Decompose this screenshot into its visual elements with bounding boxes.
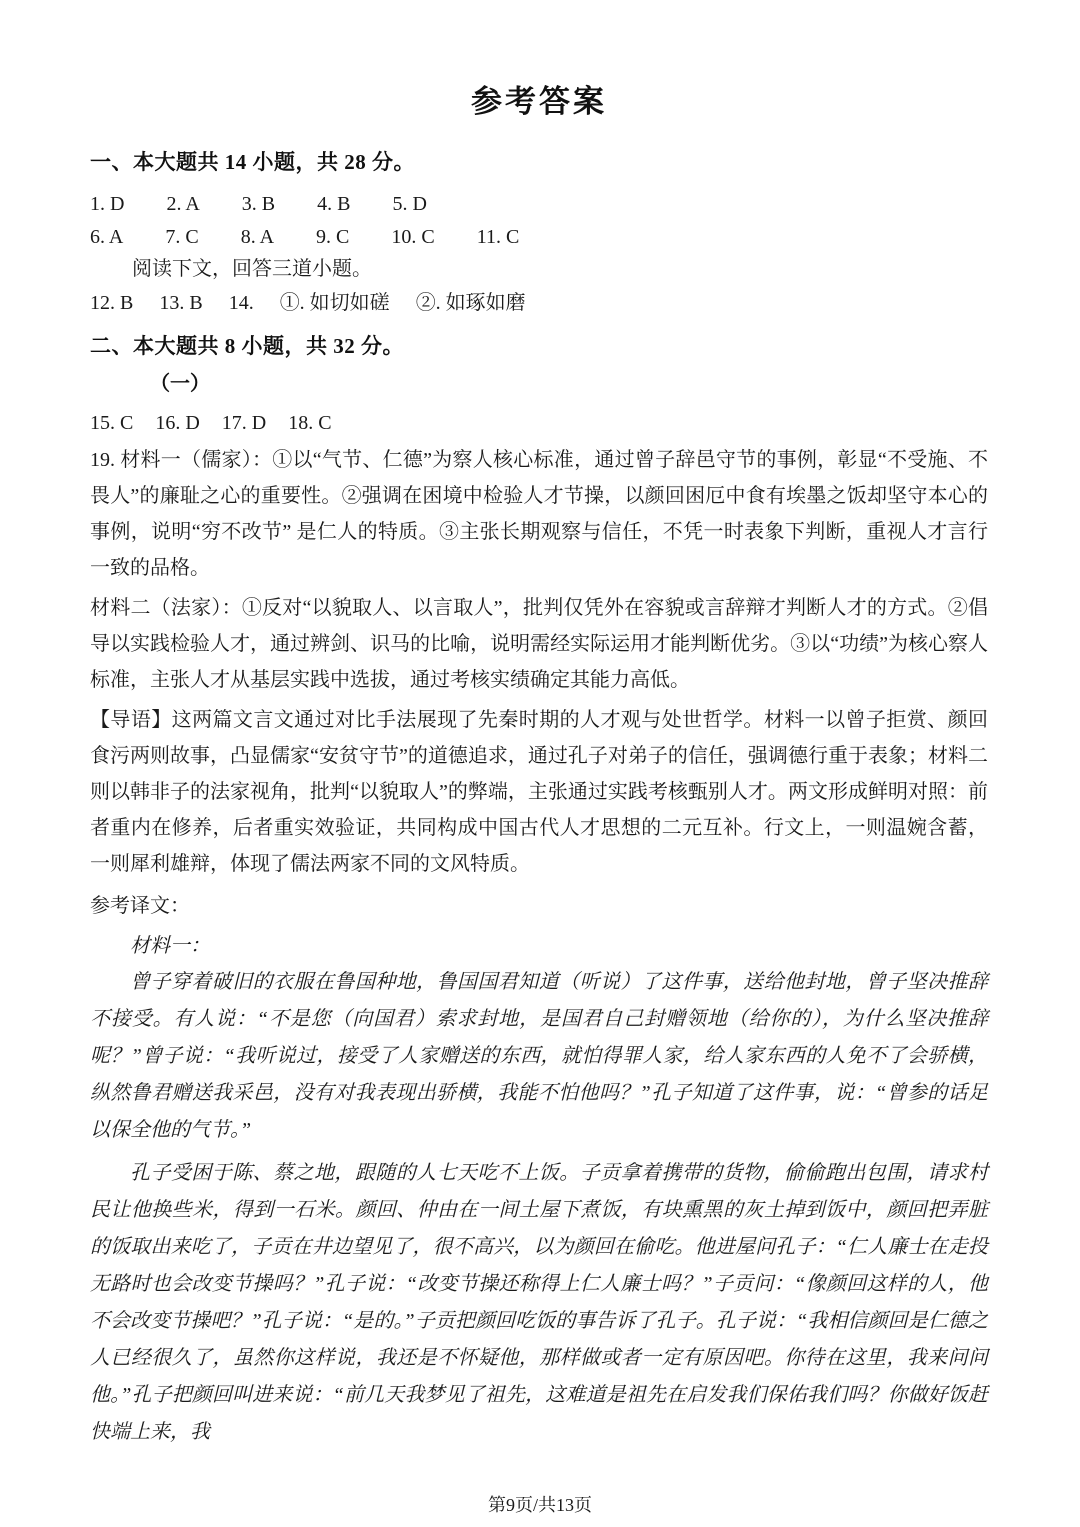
answer-q12: 12. B xyxy=(90,292,133,314)
translation-heading: 参考译文： xyxy=(90,888,988,924)
reading-instruction: 阅读下文，回答三道小题。 xyxy=(90,258,988,280)
section-two-heading: 二、本大题共 8 小题，共 32 分。 xyxy=(90,331,988,361)
answers-row-12-14: 12. B 13. B 14. ①. 如切如磋 ②. 如琢如磨 xyxy=(90,292,988,314)
answer-q13: 13. B xyxy=(159,292,202,314)
answer-q10: 10. C xyxy=(391,226,434,248)
answer-q1: 1. D xyxy=(90,193,124,215)
answer-q14-part2: ②. 如琢如磨 xyxy=(416,292,526,314)
section-one-heading: 一、本大题共 14 小题，共 28 分。 xyxy=(90,147,988,177)
answers-row-1-5: 1. D 2. A 3. B 4. B 5. D xyxy=(90,193,988,215)
answer-q14-part1: ①. 如切如磋 xyxy=(280,292,390,314)
translation-paragraph-1: 曾子穿着破旧的衣服在鲁国种地，鲁国国君知道（听说）了这件事，送给他封地，曾子坚决… xyxy=(90,964,988,1149)
answer-q19-material2: 材料二（法家）：①反对“以貌取人、以言取人”，批判仅凭外在容貌或言辞辩才判断人才… xyxy=(90,590,988,698)
answers-row-6-11: 6. A 7. C 8. A 9. C 10. C 11. C xyxy=(90,226,988,248)
answer-q18: 18. C xyxy=(288,412,331,434)
answer-q16: 16. D xyxy=(155,412,199,434)
answer-q4: 4. B xyxy=(317,193,350,215)
answer-q14-label: 14. xyxy=(229,292,254,314)
answer-q11: 11. C xyxy=(477,226,520,248)
subsection-one-label: （一） xyxy=(90,373,988,395)
answer-q9: 9. C xyxy=(316,226,349,248)
answer-q15: 15. C xyxy=(90,412,133,434)
translation-paragraph-2: 孔子受困于陈、蔡之地，跟随的人七天吃不上饭。子贡拿着携带的货物，偷偷跑出包围，请… xyxy=(90,1155,988,1451)
answer-q19-material1: 19. 材料一（儒家）：①以“气节、仁德”为察人核心标准，通过曾子辞邑守节的事例… xyxy=(90,442,988,586)
answer-q5: 5. D xyxy=(392,193,426,215)
answer-q3: 3. B xyxy=(242,193,275,215)
page-number: 第9页/共13页 xyxy=(0,1495,1080,1515)
answers-row-15-18: 15. C 16. D 17. D 18. C xyxy=(90,412,988,434)
answer-key-page: 参考答案 一、本大题共 14 小题，共 28 分。 1. D 2. A 3. B… xyxy=(0,0,1080,1527)
answer-q2: 2. A xyxy=(166,193,199,215)
answer-q7: 7. C xyxy=(165,226,198,248)
answer-q17: 17. D xyxy=(222,412,266,434)
translation-material1-label: 材料一： xyxy=(90,928,988,964)
answer-q8: 8. A xyxy=(241,226,274,248)
answer-q6: 6. A xyxy=(90,226,123,248)
guide-summary-paragraph: 【导语】这两篇文言文通过对比手法展现了先秦时期的人才观与处世哲学。材料一以曾子拒… xyxy=(90,702,988,882)
page-title: 参考答案 xyxy=(90,0,988,122)
